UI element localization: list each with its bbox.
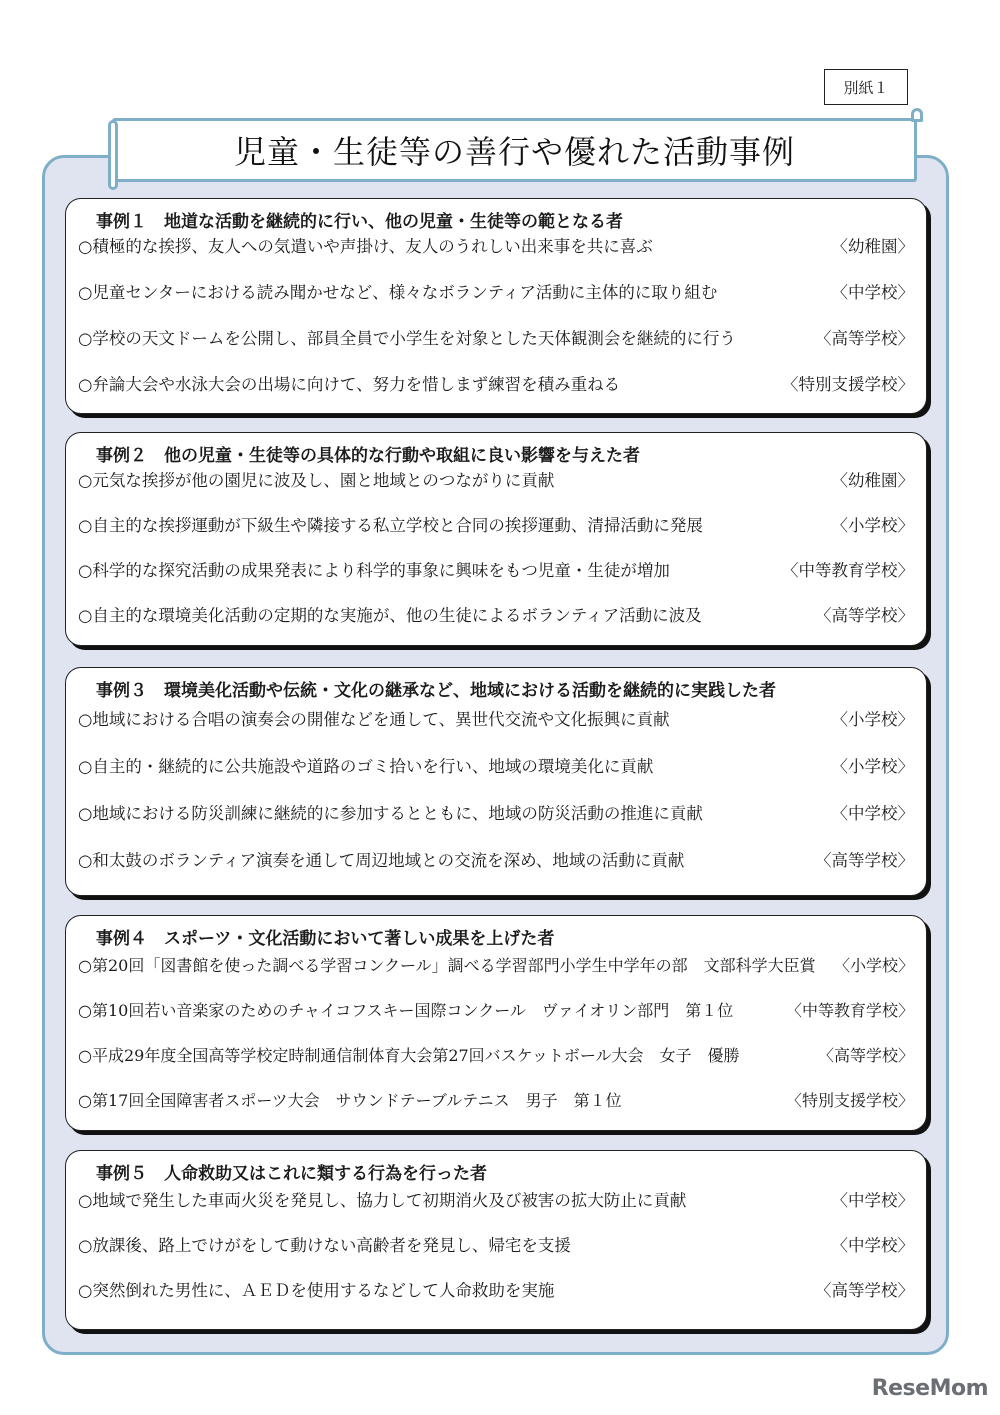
- list-item: ○地域における合唱の演奏会の開催などを通して、異世代交流や文化振興に貢献 〈小学…: [78, 710, 914, 730]
- item-text: ○自主的・継続的に公共施設や道路のゴミ拾いを行い、地域の環境美化に貢献: [78, 757, 653, 777]
- item-text: ○積極的な挨拶、友人への気遣いや声掛け、友人のうれしい出来事を共に喜ぶ: [78, 237, 653, 257]
- school-type: 〈小学校〉: [832, 516, 915, 536]
- list-item: ○弁論大会や水泳大会の出場に向けて、努力を惜しまず練習を積み重ねる 〈特別支援学…: [78, 375, 914, 395]
- list-item: ○地域における防災訓練に継続的に参加するとともに、地域の防災活動の推進に貢献 〈…: [78, 804, 914, 824]
- list-item: ○第17回全国障害者スポーツ大会 サウンドテーブルテニス 男子 第１位 〈特別支…: [78, 1091, 914, 1111]
- list-item: ○科学的な探究活動の成果発表により科学的事象に興味をもつ児童・生徒が増加 〈中等…: [78, 561, 914, 581]
- list-item: ○第20回「図書館を使った調べる学習コンクール」調べる学習部門小学生中学年の部 …: [78, 956, 914, 976]
- item-text: ○和太鼓のボランティア演奏を通して周辺地域との交流を深め、地域の活動に貢献: [78, 851, 684, 871]
- case-heading: 事例２ 他の児童・生徒等の具体的な行動や取組に良い影響を与えた者: [96, 441, 914, 471]
- school-type: 〈幼稚園〉: [832, 471, 915, 491]
- list-item: ○平成29年度全国高等学校定時制通信制体育大会第27回バスケットボール大会 女子…: [78, 1046, 914, 1066]
- resemom-logo: ReseMom: [872, 1376, 988, 1401]
- title-banner: 児童・生徒等の善行や優れた活動事例: [112, 118, 917, 182]
- school-type: 〈中等教育学校〉: [786, 1001, 914, 1021]
- list-item: ○自主的な環境美化活動の定期的な実施が、他の生徒によるボランティア活動に波及 〈…: [78, 606, 914, 626]
- school-type: 〈高等学校〉: [815, 851, 914, 871]
- item-text: ○自主的な挨拶運動が下級生や隣接する私立学校と合同の挨拶運動、清掃活動に発展: [78, 516, 703, 536]
- item-text: ○平成29年度全国高等学校定時制通信制体育大会第27回バスケットボール大会 女子…: [78, 1046, 740, 1066]
- page-title: 児童・生徒等の善行や優れた活動事例: [234, 127, 795, 173]
- item-text: ○元気な挨拶が他の園児に波及し、園と地域とのつながりに貢献: [78, 471, 554, 491]
- item-text: ○弁論大会や水泳大会の出場に向けて、努力を惜しまず練習を積み重ねる: [78, 375, 620, 395]
- school-type: 〈特別支援学校〉: [786, 1091, 914, 1111]
- school-type: 〈小学校〉: [832, 757, 915, 777]
- scroll-roll-left-decoration: [108, 120, 118, 190]
- school-type: 〈特別支援学校〉: [782, 375, 914, 395]
- school-type: 〈幼稚園〉: [832, 237, 915, 257]
- school-type: 〈高等学校〉: [815, 606, 914, 626]
- school-type: 〈中等教育学校〉: [782, 561, 914, 581]
- case-heading: 事例５ 人命救助又はこれに類する行為を行った者: [96, 1159, 914, 1189]
- list-item: ○自主的な挨拶運動が下級生や隣接する私立学校と合同の挨拶運動、清掃活動に発展 〈…: [78, 516, 914, 536]
- scroll-roll-right-decoration: [911, 108, 923, 122]
- case-box-3: 事例３ 環境美化活動や伝統・文化の継承など、地域における活動を継続的に実践した者…: [65, 667, 927, 896]
- list-item: ○突然倒れた男性に、ＡＥＤを使用するなどして人命救助を実施 〈高等学校〉: [78, 1281, 914, 1301]
- list-item: ○和太鼓のボランティア演奏を通して周辺地域との交流を深め、地域の活動に貢献 〈高…: [78, 851, 914, 871]
- case-heading: 事例４ スポーツ・文化活動において著しい成果を上げた者: [96, 924, 914, 954]
- list-item: ○放課後、路上でけがをして動けない高齢者を発見し、帰宅を支援 〈中学校〉: [78, 1236, 914, 1256]
- list-item: ○第10回若い音楽家のためのチャイコフスキー国際コンクール ヴァイオリン部門 第…: [78, 1001, 914, 1021]
- school-type: 〈小学校〉: [834, 956, 914, 976]
- item-text: ○突然倒れた男性に、ＡＥＤを使用するなどして人命救助を実施: [78, 1281, 554, 1301]
- item-text: ○地域で発生した車両火災を発見し、協力して初期消火及び被害の拡大防止に貢献: [78, 1191, 686, 1211]
- item-text: ○放課後、路上でけがをして動けない高齢者を発見し、帰宅を支援: [78, 1236, 571, 1256]
- school-type: 〈中学校〉: [832, 283, 915, 303]
- case-box-4: 事例４ スポーツ・文化活動において著しい成果を上げた者 ○第20回「図書館を使っ…: [65, 915, 927, 1131]
- attachment-label: 別紙１: [824, 69, 908, 105]
- case-box-1: 事例１ 地道な活動を継続的に行い、他の児童・生徒等の範となる者 ○積極的な挨拶、…: [65, 198, 927, 414]
- item-text: ○児童センターにおける読み聞かせなど、様々なボランティア活動に主体的に取り組む: [78, 283, 717, 303]
- school-type: 〈高等学校〉: [818, 1046, 914, 1066]
- list-item: ○自主的・継続的に公共施設や道路のゴミ拾いを行い、地域の環境美化に貢献 〈小学校…: [78, 757, 914, 777]
- list-item: ○積極的な挨拶、友人への気遣いや声掛け、友人のうれしい出来事を共に喜ぶ 〈幼稚園…: [78, 237, 914, 257]
- school-type: 〈中学校〉: [832, 804, 915, 824]
- case-heading: 事例３ 環境美化活動や伝統・文化の継承など、地域における活動を継続的に実践した者: [96, 676, 914, 706]
- item-text: ○第17回全国障害者スポーツ大会 サウンドテーブルテニス 男子 第１位: [78, 1091, 622, 1111]
- list-item: ○学校の天文ドームを公開し、部員全員で小学生を対象とした天体観測会を継続的に行う…: [78, 329, 914, 349]
- item-text: ○自主的な環境美化活動の定期的な実施が、他の生徒によるボランティア活動に波及: [78, 606, 702, 626]
- item-text: ○科学的な探究活動の成果発表により科学的事象に興味をもつ児童・生徒が増加: [78, 561, 670, 581]
- case-box-2: 事例２ 他の児童・生徒等の具体的な行動や取組に良い影響を与えた者 ○元気な挨拶が…: [65, 432, 927, 646]
- item-text: ○第20回「図書館を使った調べる学習コンクール」調べる学習部門小学生中学年の部 …: [78, 956, 816, 976]
- case-box-5: 事例５ 人命救助又はこれに類する行為を行った者 ○地域で発生した車両火災を発見し…: [65, 1150, 927, 1330]
- list-item: ○児童センターにおける読み聞かせなど、様々なボランティア活動に主体的に取り組む …: [78, 283, 914, 303]
- list-item: ○地域で発生した車両火災を発見し、協力して初期消火及び被害の拡大防止に貢献 〈中…: [78, 1191, 914, 1211]
- case-heading: 事例１ 地道な活動を継続的に行い、他の児童・生徒等の範となる者: [96, 207, 914, 237]
- item-text: ○地域における防災訓練に継続的に参加するとともに、地域の防災活動の推進に貢献: [78, 804, 703, 824]
- item-text: ○地域における合唱の演奏会の開催などを通して、異世代交流や文化振興に貢献: [78, 710, 670, 730]
- list-item: ○元気な挨拶が他の園児に波及し、園と地域とのつながりに貢献 〈幼稚園〉: [78, 471, 914, 491]
- school-type: 〈中学校〉: [832, 1191, 915, 1211]
- school-type: 〈高等学校〉: [815, 1281, 914, 1301]
- item-text: ○第10回若い音楽家のためのチャイコフスキー国際コンクール ヴァイオリン部門 第…: [78, 1001, 733, 1021]
- item-text: ○学校の天文ドームを公開し、部員全員で小学生を対象とした天体観測会を継続的に行う: [78, 329, 736, 349]
- school-type: 〈中学校〉: [832, 1236, 915, 1256]
- school-type: 〈高等学校〉: [815, 329, 914, 349]
- school-type: 〈小学校〉: [832, 710, 915, 730]
